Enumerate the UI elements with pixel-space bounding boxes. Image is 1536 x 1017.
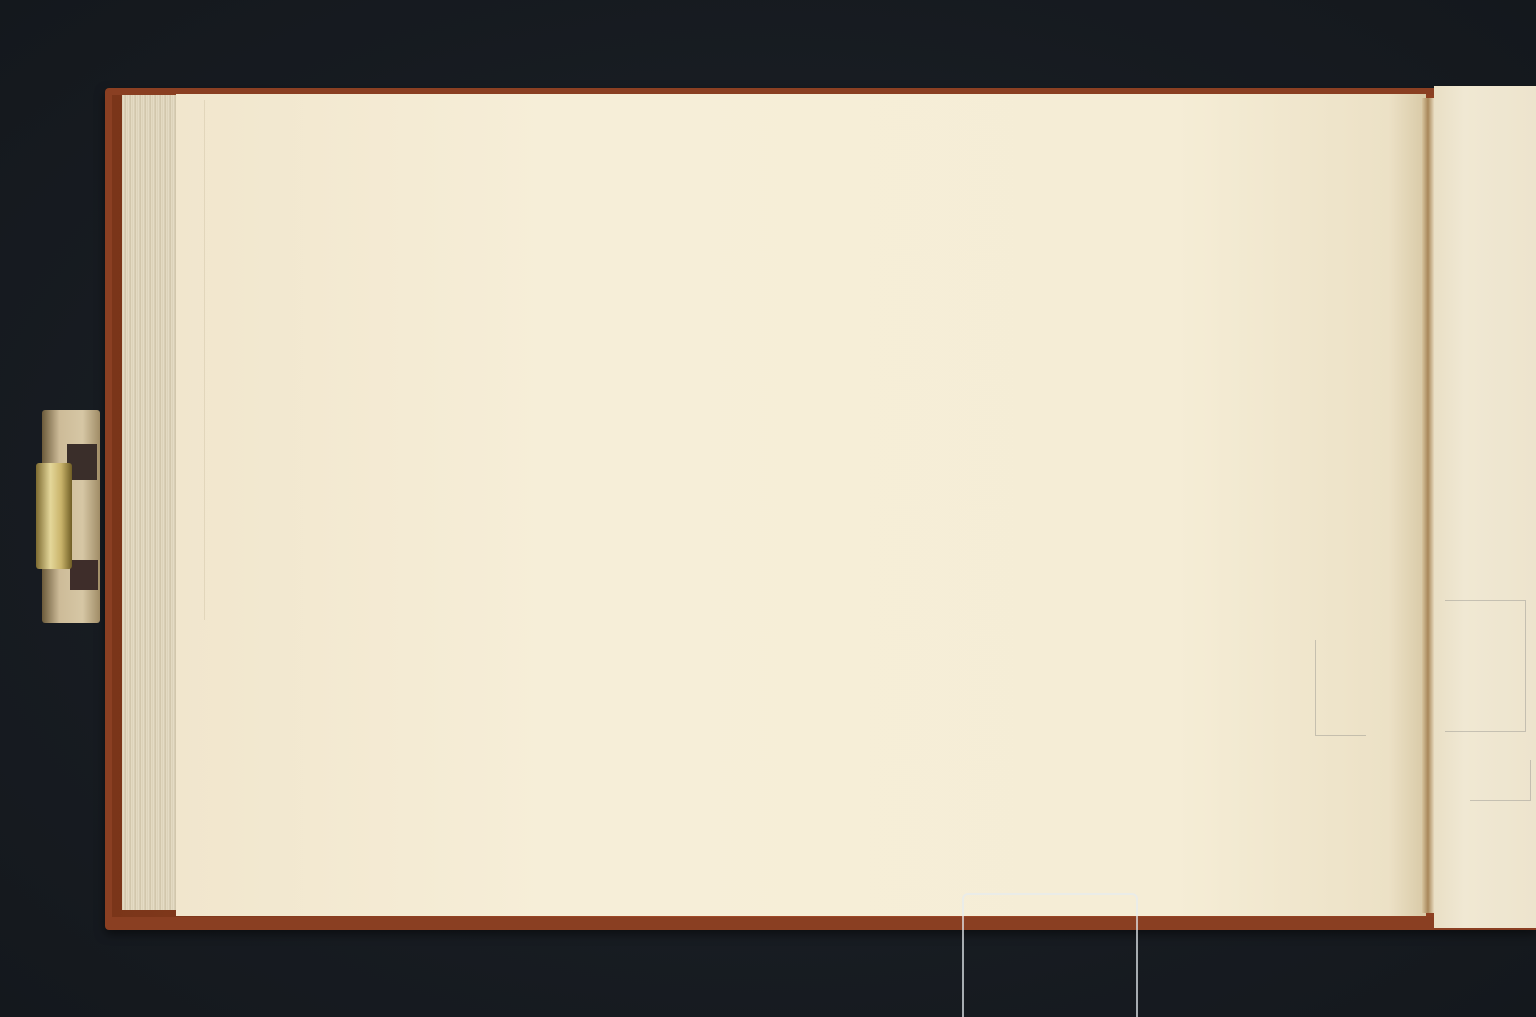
page-fold-line	[204, 100, 205, 620]
right-page-partial	[1434, 86, 1536, 928]
pencil-sketch-mark	[1445, 600, 1526, 732]
blank-left-page	[176, 94, 1426, 916]
pencil-sketch-mark	[1470, 760, 1531, 801]
brass-clasp-ring	[36, 463, 72, 569]
page-edges-stack	[122, 95, 182, 910]
clasp-stud	[70, 560, 98, 590]
acrylic-book-stand	[962, 893, 1138, 1017]
book-gutter	[1422, 98, 1434, 913]
pencil-sketch-mark	[1315, 640, 1366, 736]
